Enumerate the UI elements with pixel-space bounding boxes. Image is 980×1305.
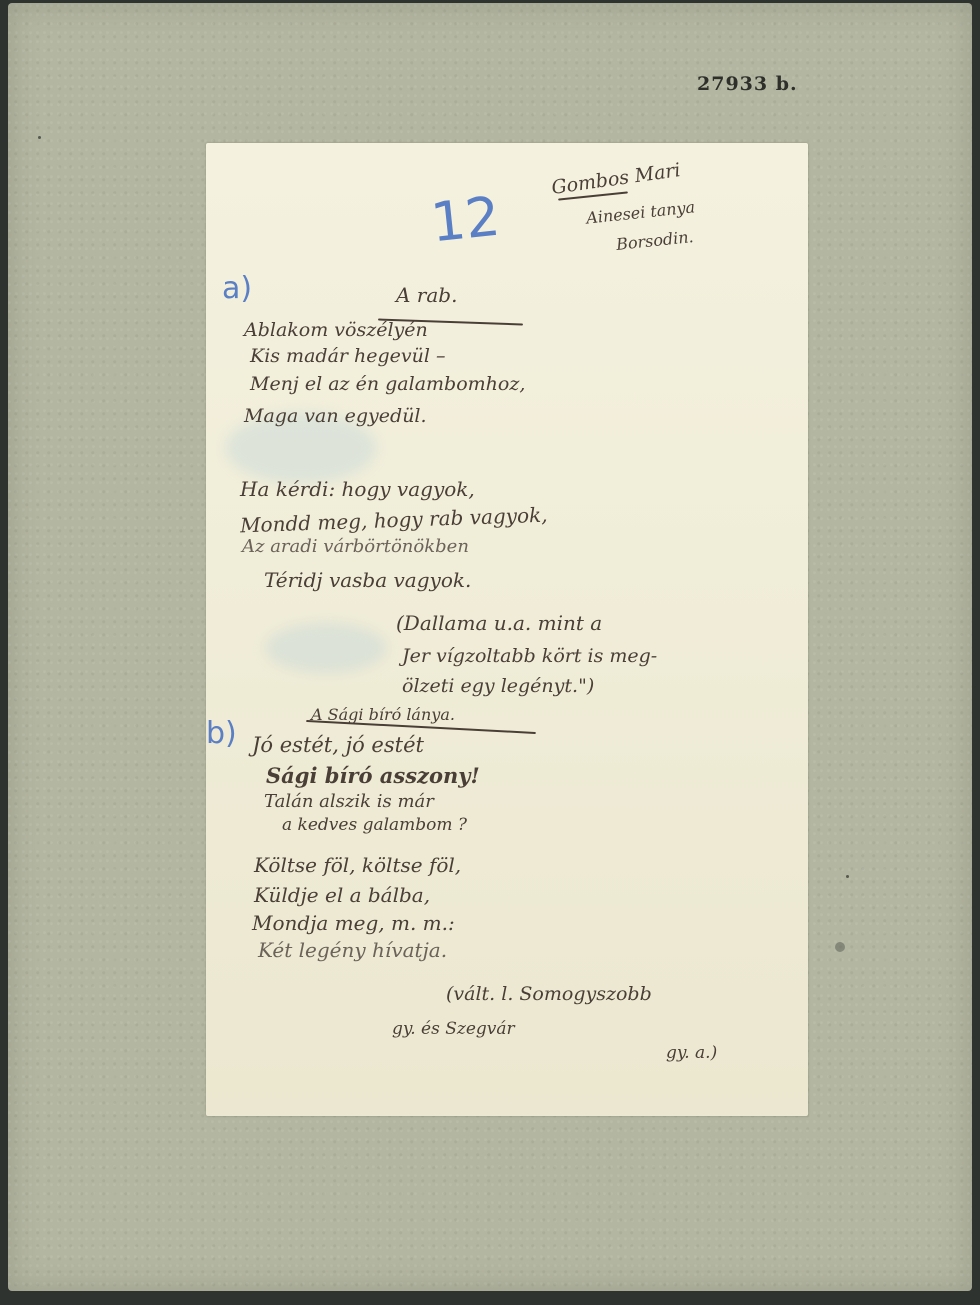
song-b-line: Mondja meg, m. m.: xyxy=(252,911,455,935)
variant-note: gy. és Szegvár xyxy=(392,1019,515,1039)
song-a-marker: a) xyxy=(222,271,252,306)
tune-note: Jer vígzoltabb kört is meg- xyxy=(402,645,657,667)
song-a-line: Téridj vasba vagyok. xyxy=(264,568,471,592)
board-speck xyxy=(846,875,849,878)
song-a-line: Ablakom vöszélyén xyxy=(244,319,428,341)
song-a-line: Kis madár hegevül – xyxy=(250,345,446,367)
song-b-line: Sági bíró asszony! xyxy=(266,763,480,788)
archive-number-stamp: 27933 b. xyxy=(697,73,798,95)
item-number: 12 xyxy=(428,185,503,255)
song-b-line: Jó estét, jó estét xyxy=(252,733,424,757)
song-a-line: Mondd meg, hogy rab vagyok, xyxy=(240,503,548,538)
song-b-marker: b) xyxy=(206,716,237,751)
board-speck xyxy=(38,136,41,139)
collector-location: Ainesei tanya xyxy=(585,197,696,227)
tune-note: (Dallama u.a. mint a xyxy=(396,611,602,635)
song-a-line: Ha kérdi: hogy vagyok, xyxy=(240,477,475,501)
collector-region: Borsodin. xyxy=(615,227,694,254)
water-stain xyxy=(266,623,386,673)
song-b-line: Költse föl, költse föl, xyxy=(254,853,461,877)
board-stain xyxy=(835,942,845,952)
manuscript-sheet: 12 Gombos Mari Ainesei tanya Borsodin. a… xyxy=(206,143,808,1116)
song-b-line: a kedves galambom ? xyxy=(282,815,467,835)
song-a-line: Maga van egyedül. xyxy=(244,405,427,427)
song-a-line: Menj el az én galambomhoz, xyxy=(250,373,525,395)
tune-note: ölzeti egy legényt.") xyxy=(402,675,594,697)
variant-note: gy. a.) xyxy=(666,1043,717,1063)
song-b-line: Küldje el a bálba, xyxy=(254,883,430,907)
variant-note: (vált. l. Somogyszobb xyxy=(446,983,652,1005)
song-a-title: A rab. xyxy=(396,283,457,307)
song-b-line: Két legény hívatja. xyxy=(258,938,447,962)
song-a-line: Az aradi várbörtönökben xyxy=(242,536,469,557)
song-b-line: Talán alszik is már xyxy=(264,791,434,812)
